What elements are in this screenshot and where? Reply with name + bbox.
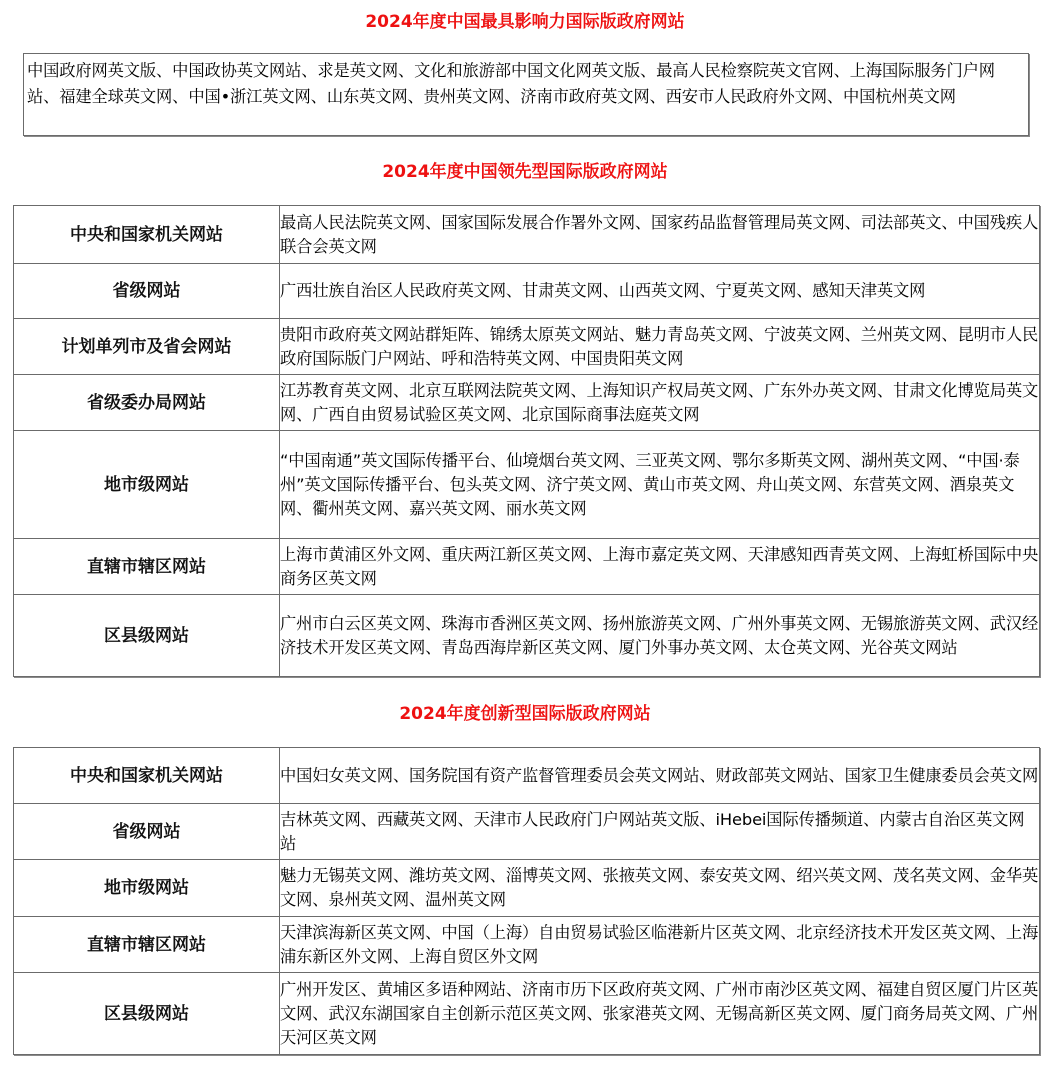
table-row: 区县级网站 广州市白云区英文网、珠海市香洲区英文网、扬州旅游英文网、广州外事英文… [14, 595, 1040, 677]
table-row: 省级委办局网站 江苏教育英文网、北京互联网法院英文网、上海知识产权局英文网、广东… [14, 375, 1040, 431]
category-cell: 地市级网站 [14, 431, 280, 539]
category-cell: 直辖市辖区网站 [14, 539, 280, 595]
category-cell: 省级网站 [14, 804, 280, 860]
table-row: 直辖市辖区网站 天津滨海新区英文网、中国（上海）自由贸易试验区临港新片区英文网、… [14, 917, 1040, 973]
category-cell: 直辖市辖区网站 [14, 917, 280, 973]
category-cell: 省级委办局网站 [14, 375, 280, 431]
sites-cell: 贵阳市政府英文网站群矩阵、锦绣太原英文网站、魅力青岛英文网、宁波英文网、兰州英文… [280, 319, 1040, 375]
table-row: 计划单列市及省会网站 贵阳市政府英文网站群矩阵、锦绣太原英文网站、魅力青岛英文网… [14, 319, 1040, 375]
section2-title: 2024年度中国领先型国际版政府网站 [0, 161, 1050, 183]
sites-cell: 吉林英文网、西藏英文网、天津市人民政府门户网站英文版、iHebei国际传播频道、… [280, 804, 1040, 860]
table-row: 地市级网站 魅力无锡英文网、潍坊英文网、淄博英文网、张掖英文网、泰安英文网、绍兴… [14, 860, 1040, 917]
sites-cell: 广西壮族自治区人民政府英文网、甘肃英文网、山西英文网、宁夏英文网、感知天津英文网 [280, 264, 1040, 319]
table-row: 地市级网站 “中国南通”英文国际传播平台、仙境烟台英文网、三亚英文网、鄂尔多斯英… [14, 431, 1040, 539]
sites-cell: 江苏教育英文网、北京互联网法院英文网、上海知识产权局英文网、广东外办英文网、甘肃… [280, 375, 1040, 431]
category-cell: 省级网站 [14, 264, 280, 319]
sites-cell: 广州开发区、黄埔区多语种网站、济南市历下区政府英文网、广州市南沙区英文网、福建自… [280, 973, 1040, 1055]
table-row: 省级网站 吉林英文网、西藏英文网、天津市人民政府门户网站英文版、iHebei国际… [14, 804, 1040, 860]
sites-cell: 中国妇女英文网、国务院国有资产监督管理委员会英文网站、财政部英文网站、国家卫生健… [280, 748, 1040, 804]
category-cell: 区县级网站 [14, 595, 280, 677]
table-row: 中央和国家机关网站 中国妇女英文网、国务院国有资产监督管理委员会英文网站、财政部… [14, 748, 1040, 804]
category-cell: 中央和国家机关网站 [14, 206, 280, 264]
table-row: 省级网站 广西壮族自治区人民政府英文网、甘肃英文网、山西英文网、宁夏英文网、感知… [14, 264, 1040, 319]
most-influential-list: 中国政府网英文版、中国政协英文网站、求是英文网、文化和旅游部中国文化网英文版、最… [23, 53, 1029, 136]
section1-title: 2024年度中国最具影响力国际版政府网站 [0, 11, 1050, 33]
category-cell: 计划单列市及省会网站 [14, 319, 280, 375]
sites-cell: “中国南通”英文国际传播平台、仙境烟台英文网、三亚英文网、鄂尔多斯英文网、湖州英… [280, 431, 1040, 539]
table-row: 直辖市辖区网站 上海市黄浦区外文网、重庆两江新区英文网、上海市嘉定英文网、天津感… [14, 539, 1040, 595]
category-cell: 中央和国家机关网站 [14, 748, 280, 804]
category-cell: 区县级网站 [14, 973, 280, 1055]
category-cell: 地市级网站 [14, 860, 280, 917]
sites-cell: 魅力无锡英文网、潍坊英文网、淄博英文网、张掖英文网、泰安英文网、绍兴英文网、茂名… [280, 860, 1040, 917]
sites-cell: 最高人民法院英文网、国家国际发展合作署外文网、国家药品监督管理局英文网、司法部英… [280, 206, 1040, 264]
innovative-websites-table: 中央和国家机关网站 中国妇女英文网、国务院国有资产监督管理委员会英文网站、财政部… [13, 747, 1040, 1055]
table-row: 区县级网站 广州开发区、黄埔区多语种网站、济南市历下区政府英文网、广州市南沙区英… [14, 973, 1040, 1055]
sites-cell: 天津滨海新区英文网、中国（上海）自由贸易试验区临港新片区英文网、北京经济技术开发… [280, 917, 1040, 973]
section3-title: 2024年度创新型国际版政府网站 [0, 703, 1050, 725]
sites-cell: 广州市白云区英文网、珠海市香洲区英文网、扬州旅游英文网、广州外事英文网、无锡旅游… [280, 595, 1040, 677]
leading-websites-table: 中央和国家机关网站 最高人民法院英文网、国家国际发展合作署外文网、国家药品监督管… [13, 205, 1040, 677]
sites-cell: 上海市黄浦区外文网、重庆两江新区英文网、上海市嘉定英文网、天津感知西青英文网、上… [280, 539, 1040, 595]
table-row: 中央和国家机关网站 最高人民法院英文网、国家国际发展合作署外文网、国家药品监督管… [14, 206, 1040, 264]
